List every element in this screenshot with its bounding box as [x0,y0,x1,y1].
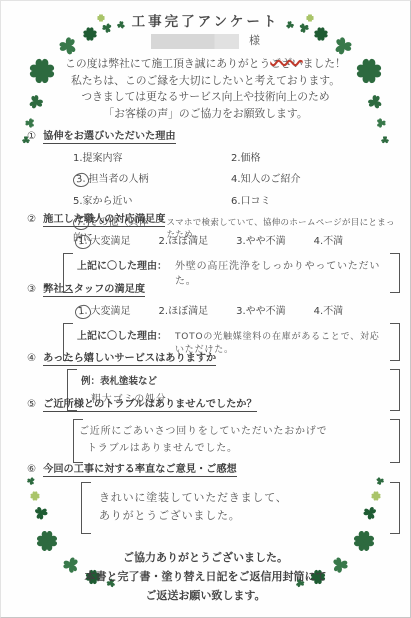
rating-somewhat-dissatisfied: 3.やや不満 [236,232,286,248]
rating-mostly-satisfied: 2.ほぼ満足 [159,232,209,248]
handwritten-answer-line-1: ご近所にごあいさつ回りをしていただいたおかげで [79,423,382,440]
handwritten-answer-line-2: ありがとうございました。 [99,507,380,525]
handwritten-answer-line-2: トラブルはありませんでした。 [79,440,382,457]
question-number: ③ [27,284,36,295]
footer-line-1: ご協力ありがとうございました。 [1,548,410,567]
question-title: あったら嬉しいサービスはありますか [43,353,216,366]
question-number: ⑤ [27,399,36,410]
rating-dissatisfied: 4.不満 [314,302,344,318]
question-number: ⑥ [27,464,36,475]
question-number: ① [27,131,36,142]
greeting-line-4: 「お客様の声」のご協力をお願致します。 [1,106,410,123]
rating-very-satisfied: 1.大変満足 [75,302,131,318]
rating-mostly-satisfied: 2.ほぼ満足 [159,302,209,318]
red-correction-mark: ござい [270,57,302,70]
rating-somewhat-dissatisfied: 3.やや不満 [236,302,286,318]
option-word-of-mouth: 6.口コミ [231,192,402,207]
question-title: 施工した職人の対応満足度 [43,214,165,227]
question-6: ⑥今回の工事に対する率直なご意見・ご感想 きれいに塗装していただきまして、 あり… [27,460,402,534]
name-honorific: 様 [249,34,260,47]
option-referral: 4.知人のご紹介 [231,170,402,186]
question-number: ④ [27,353,36,364]
hand-circle-mark: 1. [74,304,91,319]
example-label: 例：表札塗装など [81,373,382,387]
handwritten-answer-line-1: きれいに塗装していただきまして、 [99,489,380,507]
greeting-line-2: 私たちは、このご縁を大切にしたいと考えております。 [1,73,410,90]
greeting-text: この度は弊社にて施工頂き誠にありがとうございました！ 私たちは、このご縁を大切に… [1,56,410,122]
q5-answer-box: ご近所にごあいさつ回りをしていただいたおかげで トラブルはありませんでした。 [73,419,400,463]
option-price: 2.価格 [231,149,402,164]
rating-dissatisfied: 4.不満 [314,232,344,248]
rating-very-satisfied: 1.大変満足 [75,232,131,248]
hand-circle-mark: 3. [72,172,89,187]
option-near-home: 5.家から近い [73,192,231,207]
customer-name-row: 様 [1,32,410,49]
footer-line-3: ご返送お願い致します。 [1,586,410,605]
q6-answer-box: きれいに塗装していただきまして、 ありがとうございました。 [81,482,400,534]
footer-line-2: 本書と完了書・塗り替え日記をご返信用封筒にて [1,567,410,586]
question-number: ② [27,214,36,225]
greeting-line-3: つきましては更なるサービス向上や技術向上のため [1,89,410,106]
option-staff-personality: 3.担当者の人柄 [73,170,231,186]
option-proposal: 1.提案内容 [73,149,231,164]
greeting-line-1: この度は弊社にて施工頂き誠にありがとうございました！ [1,56,410,73]
q2-rating-options: 1.大変満足 2.ほぼ満足 3.やや不満 4.不満 [75,232,402,248]
q3-rating-options: 1.大変満足 2.ほぼ満足 3.やや不満 4.不満 [75,302,402,318]
hand-circle-mark: 1. [74,234,91,249]
reason-label: 上記に〇した理由： [77,327,167,342]
question-title: 協伸をお選びいただいた理由 [43,131,175,144]
question-title: 今回の工事に対する率直なご意見・ご感想 [43,464,237,477]
survey-page: 工事完了アンケート 様 この度は弊社にて施工頂き誠にありがとうございました！ 私… [0,0,411,618]
question-title: 弊社スタッフの満足度 [43,284,145,297]
footer-message: ご協力ありがとうございました。 本書と完了書・塗り替え日記をご返信用封筒にて ご… [1,548,410,605]
reason-label: 上記に〇した理由： [77,257,167,272]
redacted-name-box [151,34,239,49]
question-5: ⑤ご近所様とのトラブルはありませんでしたか？ ご近所にごあいさつ回りをしていただ… [27,395,402,463]
page-title: 工事完了アンケート [1,10,410,30]
question-title: ご近所様とのトラブルはありませんでしたか？ [43,399,257,412]
